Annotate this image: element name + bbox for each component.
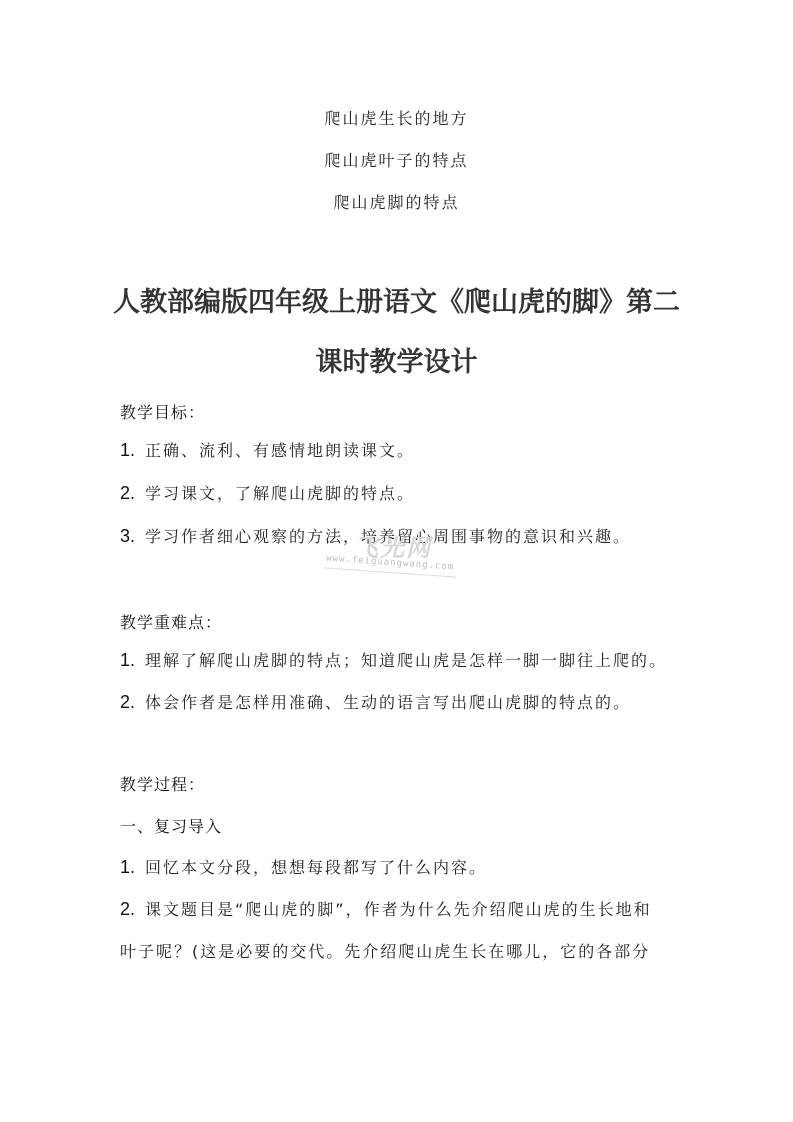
process-item-2: 2.课文题目是“爬山虎的脚”，作者为什么先介绍爬山虎的生长地和: [120, 897, 652, 920]
outline-line-3: 爬山虎脚的特点: [0, 190, 793, 213]
item-text: 回忆本文分段，想想每段都写了什么内容。: [145, 858, 487, 877]
item-text: 体会作者是怎样用准确、生动的语言写出爬山虎脚的特点的。: [145, 693, 631, 712]
item-text: 理解了解爬山虎脚的特点；知道爬山虎是怎样一脚一脚往上爬的。: [145, 651, 667, 670]
item-number: 1.: [120, 857, 135, 877]
item-text: 学习课文，了解爬山虎脚的特点。: [145, 484, 415, 503]
objective-item-1: 1.正确、流利、有感情地朗读课文。: [120, 438, 415, 461]
item-number: 2.: [120, 692, 135, 712]
item-number: 1.: [120, 650, 135, 670]
process-item-2-continuation: 叶子呢？(这是必要的交代。先介绍爬山虎生长在哪儿，它的各部分: [120, 939, 650, 962]
process-section-1: 一、复习导入: [120, 814, 222, 837]
outline-line-2: 爬山虎叶子的特点: [0, 148, 793, 171]
item-number: 1.: [120, 440, 135, 460]
key-points-heading: 教学重难点：: [120, 610, 222, 633]
item-text: 课文题目是“爬山虎的脚”，作者为什么先介绍爬山虎的生长地和: [145, 900, 652, 919]
outline-line-1: 爬山虎生长的地方: [0, 106, 793, 129]
objective-item-2: 2.学习课文，了解爬山虎脚的特点。: [120, 481, 415, 504]
document-title-line-1: 人教部编版四年级上册语文《爬山虎的脚》第二: [0, 280, 793, 319]
process-heading: 教学过程：: [120, 772, 205, 795]
watermark: 飞光网 www.feiguangwang.com: [322, 528, 462, 588]
key-point-item-1: 1.理解了解爬山虎脚的特点；知道爬山虎是怎样一脚一脚往上爬的。: [120, 648, 667, 671]
document-title-line-2: 课时教学设计: [0, 340, 793, 379]
process-item-1: 1.回忆本文分段，想想每段都写了什么内容。: [120, 855, 487, 878]
item-number: 3.: [120, 526, 135, 546]
key-point-item-2: 2.体会作者是怎样用准确、生动的语言写出爬山虎脚的特点的。: [120, 690, 631, 713]
objectives-heading: 教学目标：: [120, 400, 205, 423]
item-number: 2.: [120, 899, 135, 919]
item-text: 正确、流利、有感情地朗读课文。: [145, 441, 415, 460]
item-number: 2.: [120, 483, 135, 503]
